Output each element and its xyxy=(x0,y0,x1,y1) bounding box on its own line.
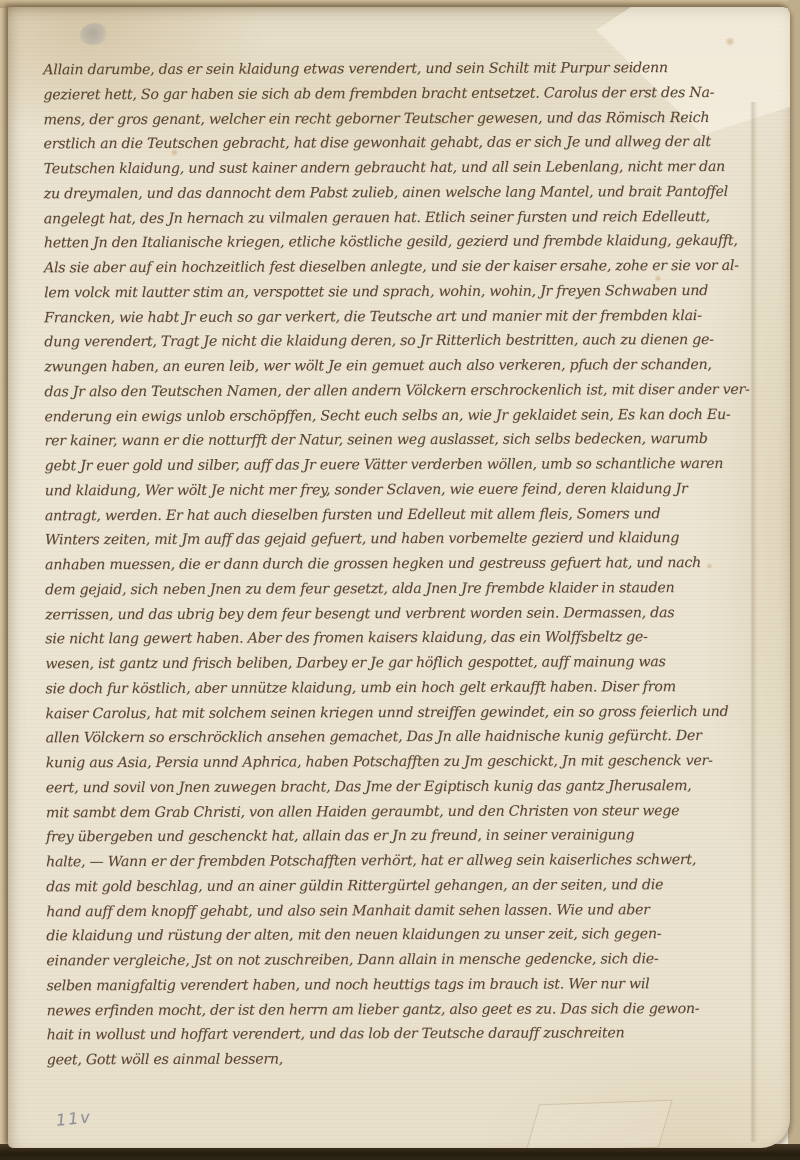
manuscript-line: selben manigfaltig verendert haben, und … xyxy=(46,971,782,998)
manuscript-line: angelegt hat, des Jn hernach zu vilmalen… xyxy=(44,204,780,231)
manuscript-line: hait in wollust und hoffart verendert, u… xyxy=(47,1021,783,1048)
manuscript-line: gebt Jr euer gold und silber, auff das J… xyxy=(45,452,781,479)
fox-spot xyxy=(724,37,736,46)
manuscript-line: zwungen haben, an euren leib, wer wölt J… xyxy=(44,353,780,380)
manuscript-line: geet, Gott wöll es ainmal bessern, xyxy=(47,1046,783,1073)
manuscript-line: rer kainer, wann er die notturfft der Na… xyxy=(45,427,781,454)
manuscript-line: die klaidung und rüstung der alten, mit … xyxy=(46,922,782,949)
manuscript-line: Allain darumbe, das er sein klaidung etw… xyxy=(43,56,779,83)
manuscript-line: kaiser Carolus, hat mit solchem seinen k… xyxy=(45,699,781,726)
manuscript-line: Teutschen klaidung, und sust kainer ande… xyxy=(44,155,780,182)
manuscript-line: mit sambt dem Grab Christi, von allen Ha… xyxy=(46,798,782,825)
manuscript-line: mens, der gros genant, welcher ein recht… xyxy=(43,105,779,132)
manuscript-line: newes erfinden mocht, der ist den herrn … xyxy=(47,996,783,1023)
manuscript-line: wesen, ist gantz und frisch beliben, Dar… xyxy=(45,650,781,677)
manuscript-line: Winters zeiten, mit Jm auff das gejaid g… xyxy=(45,526,781,553)
manuscript-line: hand auff dem knopff gehabt, und also se… xyxy=(46,897,782,924)
manuscript-line: sie nicht lang gewert haben. Aber des fr… xyxy=(45,625,781,652)
stain-mark xyxy=(80,23,108,45)
manuscript-line: das mit gold beschlag, und an ainer güld… xyxy=(46,872,782,899)
manuscript-line: Als sie aber auf ein hochzeitlich fest d… xyxy=(44,254,780,281)
manuscript-line: enderung ein ewigs unlob erschöpffen, Se… xyxy=(44,402,780,429)
manuscript-line: sie doch fur köstlich, aber unnütze klai… xyxy=(45,674,781,701)
manuscript-line: anhaben muessen, die er dann durch die g… xyxy=(45,551,781,578)
manuscript-line: einander vergleiche, Jst on not zuschrei… xyxy=(46,947,782,974)
manuscript-line: hetten Jn den Italianische kriegen, etli… xyxy=(44,229,780,256)
manuscript-line: zerrissen, und das ubrig bey dem feur be… xyxy=(45,600,781,627)
folio-number: 11v xyxy=(55,1107,93,1130)
manuscript-line: dem gejaid, sich neben Jnen zu dem feur … xyxy=(45,575,781,602)
manuscript-line: allen Völckern so erschröcklich ansehen … xyxy=(46,724,782,751)
manuscript-line: antragt, werden. Er hat auch dieselben f… xyxy=(45,501,781,528)
manuscript-line: gezieret hett, So gar haben sie sich ab … xyxy=(43,80,779,107)
manuscript-scan: Allain darumbe, das er sein klaidung etw… xyxy=(0,0,800,1160)
manuscript-line: lem volck mit lautter stim an, verspotte… xyxy=(44,278,780,305)
manuscript-line: frey übergeben und geschenckt hat, allai… xyxy=(46,823,782,850)
manuscript-line: zu dreymalen, und das dannocht dem Pabst… xyxy=(44,179,780,206)
manuscript-line: eert, und sovil von Jnen zuwegen bracht,… xyxy=(46,773,782,800)
text-block: Allain darumbe, das er sein klaidung etw… xyxy=(43,56,783,1073)
manuscript-line: das Jr also den Teutschen Namen, der all… xyxy=(44,377,780,404)
manuscript-line: kunig aus Asia, Persia unnd Aphrica, hab… xyxy=(46,749,782,776)
manuscript-line: und klaidung, Wer wölt Je nicht mer frey… xyxy=(45,476,781,503)
manuscript-line: halte, — Wann er der frembden Potschafft… xyxy=(46,848,782,875)
manuscript-line: dung verendert, Tragt Je nicht die klaid… xyxy=(44,328,780,355)
corner-fold-mark xyxy=(525,1100,672,1148)
manuscript-line: erstlich an die Teutschen gebracht, hat … xyxy=(43,130,779,157)
manuscript-line: Francken, wie habt Jr euch so gar verker… xyxy=(44,303,780,330)
manuscript-page: Allain darumbe, das er sein klaidung etw… xyxy=(8,7,790,1148)
